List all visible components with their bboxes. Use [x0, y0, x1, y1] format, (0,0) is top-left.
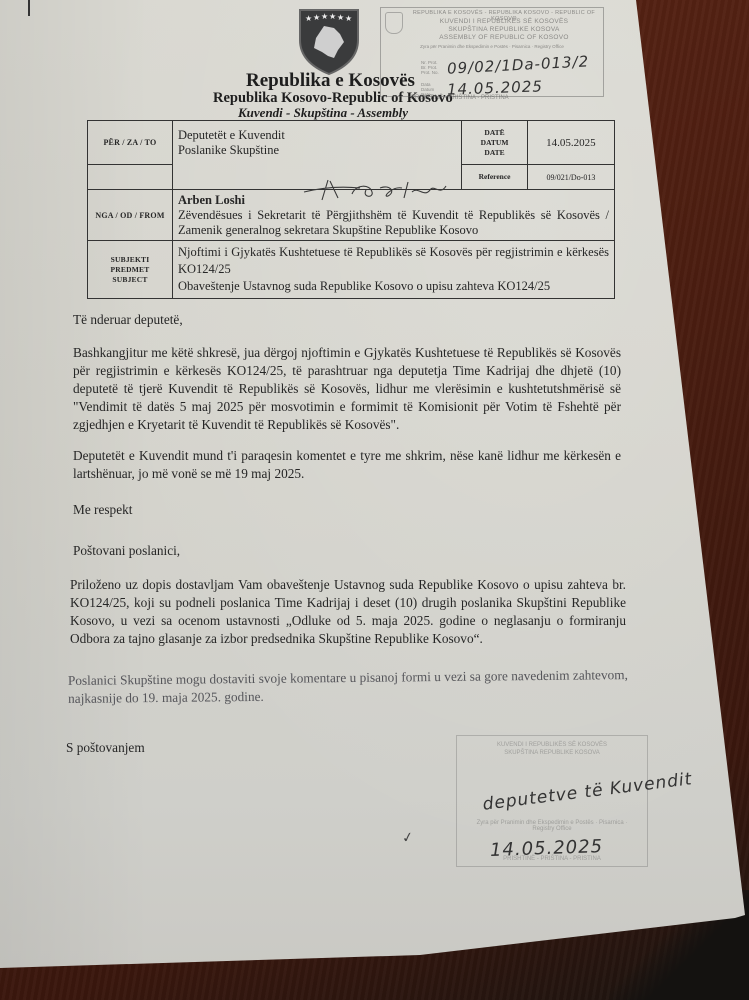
handwritten-receipt-date: 14.05.2025	[490, 836, 604, 861]
subject-sr: Obaveštenje Ustavnog suda Republike Koso…	[178, 278, 609, 295]
svg-text:★: ★	[345, 14, 352, 23]
paragraph-sq-1: Bashkangjitur me këtë shkresë, jua dërgo…	[73, 344, 621, 434]
svg-text:★: ★	[337, 13, 344, 22]
receipt-stamp-line: KUVENDI I REPUBLIKËS SË KOSOVËS	[467, 742, 637, 748]
subject-row: SUBJEKTI PREDMET SUBJECT Njoftimi i Gjyk…	[88, 241, 615, 299]
greeting-sr: Poštovani poslanici,	[73, 542, 621, 560]
subject-text: Njoftimi i Gjykatës Kushtetuese të Repub…	[172, 241, 614, 299]
check-mark-icon: ✓	[401, 829, 416, 848]
to-row: PËR / ZA / TO Deputetët e Kuvendit Posla…	[88, 121, 615, 165]
stamp-line: SKUPŠTINA REPUBLIKE KOSOVA	[409, 26, 599, 33]
recipient-sr: Poslanike Skupštine	[178, 143, 456, 158]
receipt-stamp-line: SKUPŠTINA REPUBLIKE KOSOVA	[467, 750, 637, 756]
assembly-title: Kuvendi - Skupština - Assembly	[238, 105, 408, 121]
stamp-emblem-icon	[385, 12, 403, 34]
document-content: ★★★ ★★★ Republika e Kosovës Republika Ko…	[0, 0, 749, 1000]
svg-text:★: ★	[313, 13, 320, 22]
svg-text:★: ★	[329, 12, 336, 21]
svg-text:★: ★	[321, 12, 328, 21]
stamp-city: PRISHTINË - PRIŠTINA - PRISTINA	[411, 95, 509, 101]
from-title: Zëvendësues i Sekretarit të Përgjithshëm…	[178, 208, 609, 238]
registry-stamp: REPUBLIKA E KOSOVËS - REPUBLIKA KOSOVO -…	[380, 7, 604, 97]
stamp-line: ASSEMBLY OF REPUBLIC OF KOSOVO	[409, 34, 599, 41]
memo-header-table: PËR / ZA / TO Deputetët e Kuvendit Posla…	[87, 120, 615, 299]
greeting-sq: Të nderuar deputetë,	[73, 311, 621, 329]
stamp-protocol-number: 09/02/1Da-013/2	[447, 52, 590, 77]
paragraph-sr-2: Poslanici Skupštine mogu dostaviti svoje…	[68, 666, 628, 708]
stamp-office-line: Zyra për Pranimin dhe Ekspedimin e Postë…	[385, 44, 599, 49]
recipient-sq: Deputetët e Kuvendit	[178, 128, 456, 143]
date-label: DATË DATUM DATE	[462, 121, 528, 165]
subject-sq: Njoftimi i Gjykatës Kushtetuese të Repub…	[178, 244, 609, 278]
stamp-line: KUVENDI I REPUBLIKËS SË KOSOVËS	[409, 18, 599, 25]
reference-value: 09/021/Do-013	[527, 165, 614, 190]
signature-mark	[300, 178, 450, 202]
reference-label: Reference	[462, 165, 528, 190]
subject-label: SUBJEKTI PREDMET SUBJECT	[88, 241, 173, 299]
receipt-stamp-line: Zyra për Pranimin dhe Ekspedimin e Postë…	[467, 820, 637, 832]
stamp-number-labels: Nr. Prot. Br. Prot. Prot. No.	[421, 60, 439, 75]
to-label: PËR / ZA / TO	[88, 121, 173, 165]
date-value: 14.05.2025	[527, 121, 614, 165]
paragraph-sr-1: Priloženo uz dopis dostavljam Vam obaveš…	[70, 576, 626, 648]
svg-text:★: ★	[305, 14, 312, 23]
paragraph-sq-2: Deputetët e Kuvendit mund t'i paraqesin …	[73, 447, 621, 483]
empty-label	[88, 165, 173, 190]
kosovo-coat-of-arms-icon: ★★★ ★★★	[294, 6, 364, 76]
closing-sq: Me respekt	[73, 501, 621, 519]
from-label: NGA / OD / FROM	[88, 190, 173, 241]
